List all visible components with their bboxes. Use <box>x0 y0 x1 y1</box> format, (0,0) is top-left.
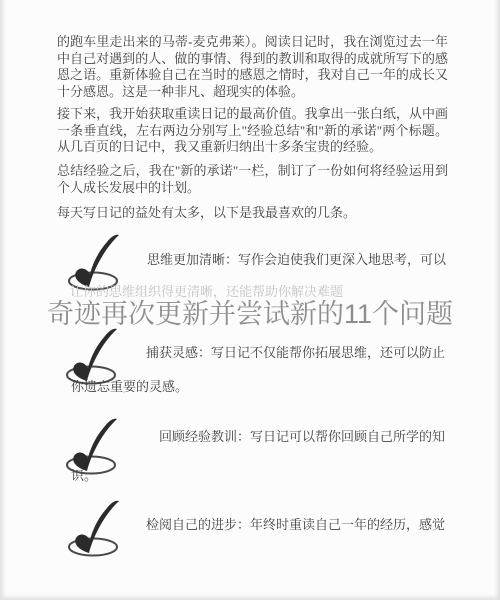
page-edge-left <box>0 0 6 600</box>
bullet-4-text: 检阅自己的进步：年终时重读自己一年的经历，感觉 <box>146 517 445 533</box>
bullet-1-text: 思维更加清晰：写作会迫使我们更深入地思考，可以 <box>147 252 446 268</box>
bullet-3-text: 回顾经验教训：写日记可以帮你回顾自己所学的知 <box>159 429 445 445</box>
document-page: 的跑车里走出来的马蒂-麦克弗莱）。阅读日记时，我在浏览过去一年中自己对遇到的人、… <box>0 0 500 600</box>
paragraph-2: 接下来，我开始获取重读日记的最高价值。我拿出一张白纸，从中画一条垂直线，左右两边… <box>57 106 448 156</box>
paragraph-4: 每天写日记的益处有太多，以下是我最喜欢的几条。 <box>57 205 448 222</box>
checkmark-icon <box>65 500 127 558</box>
checkmark-icon <box>63 328 125 386</box>
paragraph-3: 总结经验之后，我在"新的承诺"一栏，制订了一份如何将经验运用到个人成长发展中的计… <box>57 163 448 196</box>
bullet-2-text-continuation: 你遗忘重要的灵感。 <box>71 379 188 395</box>
bullet-3-text-continuation: 识。 <box>71 468 97 484</box>
paragraph-1: 的跑车里走出来的马蒂-麦克弗莱）。阅读日记时，我在浏览过去一年中自己对遇到的人、… <box>57 34 448 100</box>
bullet-2-text: 捕获灵感：写日记不仅能帮你拓展思维，还可以防止 <box>146 345 445 361</box>
watermark-text: 奇迹再次更新并尝试新的11个问题 <box>0 292 500 331</box>
page-edge-bottom <box>0 594 500 600</box>
page-edge-right <box>494 0 500 600</box>
